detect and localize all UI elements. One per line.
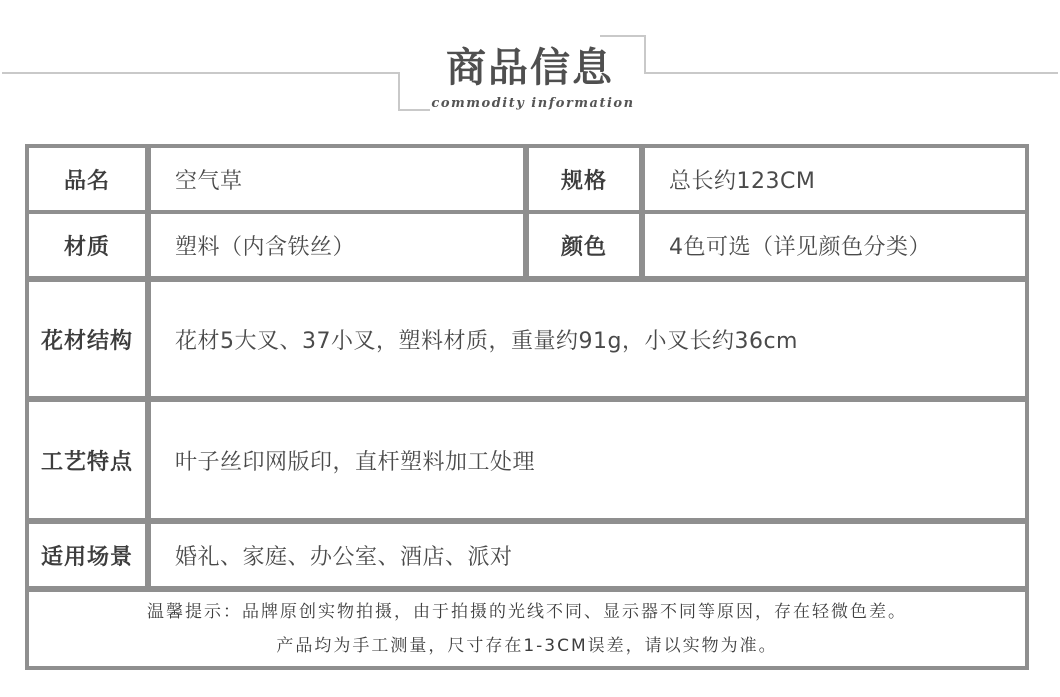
label-applicable-scenes: 适用场景 xyxy=(29,524,145,586)
product-info-table: 品名 空气草 规格 总长约123CM 材质 塑料（内含铁丝） 颜色 4色可选（详… xyxy=(25,144,1029,670)
section-header: 商品信息 commodity information xyxy=(0,0,1060,130)
value-spec: 总长约123CM xyxy=(645,148,1025,210)
value-craft-features: 叶子丝印网版印，直杆塑料加工处理 xyxy=(151,402,1025,518)
label-craft-features: 工艺特点 xyxy=(29,402,145,518)
label-spec: 规格 xyxy=(529,148,639,210)
notice-line-2: 产品均为手工测量，尺寸存在1-3CM误差，请以实物为准。 xyxy=(276,629,777,663)
decor-line-right-top xyxy=(600,35,646,37)
decor-line-left-drop xyxy=(398,72,400,110)
page-title: 商品信息 xyxy=(420,38,640,98)
page-subtitle: commodity information xyxy=(428,96,638,111)
value-color: 4色可选（详见颜色分类） xyxy=(645,214,1025,276)
label-flower-structure: 花材结构 xyxy=(29,282,145,396)
notice-line-1: 温馨提示：品牌原创实物拍摄，由于拍摄的光线不同、显示器不同等原因，存在轻微色差。 xyxy=(147,595,907,629)
value-applicable-scenes: 婚礼、家庭、办公室、酒店、派对 xyxy=(151,524,1025,586)
value-product-name: 空气草 xyxy=(151,148,523,210)
label-material: 材质 xyxy=(29,214,145,276)
value-material: 塑料（内含铁丝） xyxy=(151,214,523,276)
decor-line-right xyxy=(644,72,1058,74)
decor-line-left-bottom xyxy=(398,109,430,111)
decor-line-right-drop xyxy=(644,35,646,74)
value-flower-structure: 花材5大叉、37小叉，塑料材质，重量约91g，小叉长约36cm xyxy=(151,282,1025,396)
decor-line-left xyxy=(2,72,400,74)
label-product-name: 品名 xyxy=(29,148,145,210)
label-color: 颜色 xyxy=(529,214,639,276)
notice-box: 温馨提示：品牌原创实物拍摄，由于拍摄的光线不同、显示器不同等原因，存在轻微色差。… xyxy=(29,592,1025,666)
